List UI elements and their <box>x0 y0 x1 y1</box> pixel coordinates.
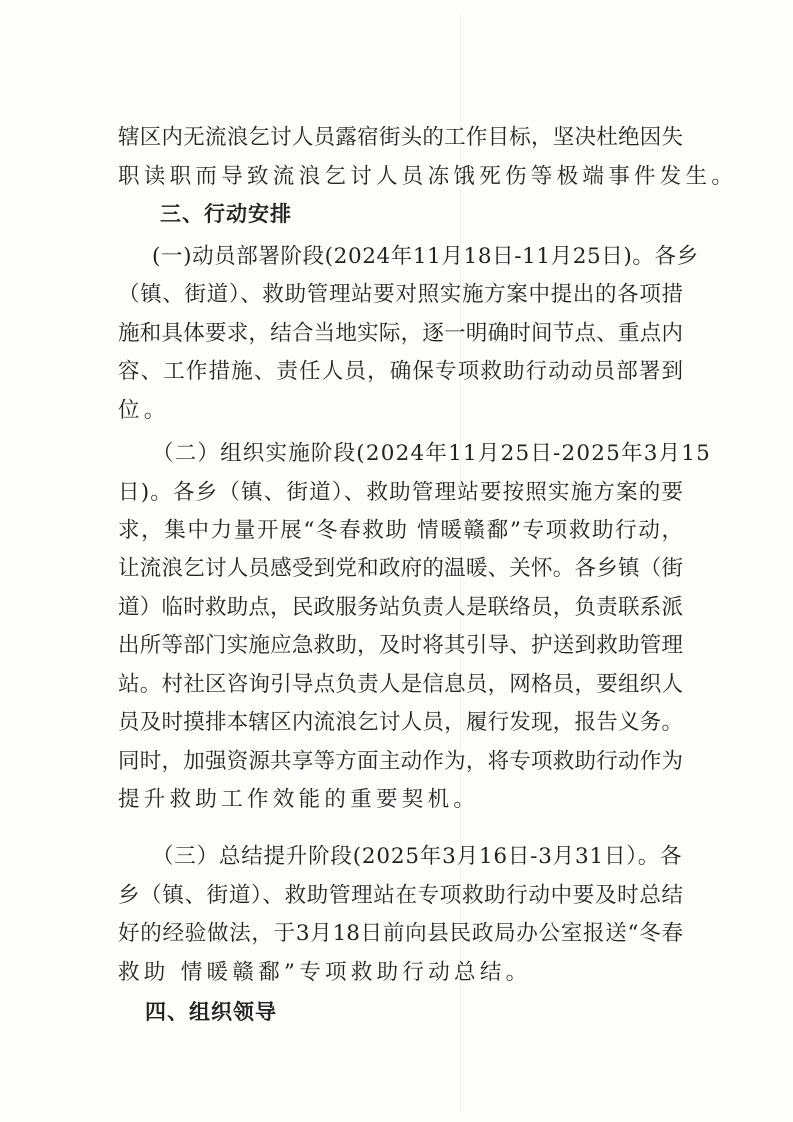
paragraph-line: 员及时摸排本辖区内流浪乞讨人员，履行发现，报告义务。 <box>118 709 683 737</box>
subsection-summary: （三）总结提升阶段(2025年3月16日-3月31日）。各 <box>152 843 717 871</box>
paragraph-line: 站。村社区咨询引导点负责人是信息员，网格员，要组织人 <box>118 671 683 699</box>
paragraph-line: 乡（镇、街道）、救助管理站在专项救助行动中要及时总结 <box>118 882 683 910</box>
paragraph-line: 救助 情暖赣鄱”专项救助行动总结。 <box>118 959 683 987</box>
paragraph-line: 让流浪乞讨人员感受到党和政府的温暖、关怀。各乡镇（街 <box>118 555 683 583</box>
paragraph-line: （镇、街道）、救助管理站要对照实施方案中提出的各项措 <box>118 281 683 309</box>
paragraph-line: 求，集中力量开展“冬春救助 情暖赣鄱”专项救助行动， <box>118 517 683 545</box>
section-heading-action-plan: 三、行动安排 <box>160 200 725 228</box>
paragraph-line: 出所等部门实施应急救助，及时将其引导、护送到救助管理 <box>118 632 683 660</box>
paragraph-line: 容、工作措施、责任人员，确保专项救助行动动员部署到 <box>118 358 683 386</box>
paragraph-line: 职读职而导致流浪乞讨人员冻饿死伤等极端事件发生。 <box>118 163 683 191</box>
subsection-mobilization: (一)动员部署阶段(2024年11月18日-11月25日)。各乡 <box>152 243 717 271</box>
paragraph-line: 好的经验做法，于3月18日前向县民政局办公室报送“冬春 <box>118 920 683 948</box>
paragraph-line: 道）临时救助点，民政服务站负责人是联络员，负责联系派 <box>118 594 683 622</box>
paragraph-line: 日)。各乡（镇、街道）、救助管理站要按照实施方案的要 <box>118 479 683 507</box>
section-heading-organization: 四、组织领导 <box>145 998 710 1026</box>
subsection-implementation: （二）组织实施阶段(2024年11月25日-2025年3月15 <box>152 440 717 468</box>
paragraph-line: 提升救助工作效能的重要契机。 <box>118 786 683 814</box>
paragraph-line: 位。 <box>118 397 683 425</box>
paragraph-line: 施和具体要求，结合当地实际，逐一明确时间节点、重点内 <box>118 320 683 348</box>
document-page: 辖区内无流浪乞讨人员露宿街头的工作目标，坚决杜绝因失 职读职而导致流浪乞讨人员冻… <box>0 0 793 1122</box>
paragraph-line: 辖区内无流浪乞讨人员露宿街头的工作目标，坚决杜绝因失 <box>118 124 683 152</box>
paragraph-line: 同时，加强资源共享等方面主动作为，将专项救助行动作为 <box>118 748 683 776</box>
